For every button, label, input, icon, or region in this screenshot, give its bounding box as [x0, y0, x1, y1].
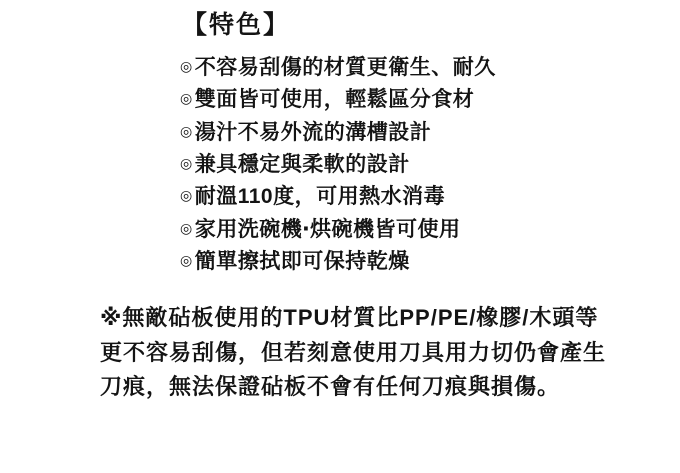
- feature-item-text: 兼具穩定與柔軟的設計: [195, 148, 410, 178]
- double-circle-bullet-icon: ◎: [180, 156, 193, 170]
- feature-item: ◎ 兼具穩定與柔軟的設計: [180, 147, 496, 179]
- feature-item: ◎ 湯汁不易外流的溝槽設計: [180, 115, 496, 147]
- double-circle-bullet-icon: ◎: [180, 124, 193, 138]
- feature-item-text: 家用洗碗機‧烘碗機皆可使用: [195, 213, 461, 243]
- feature-item-text: 簡單擦拭即可保持乾燥: [195, 245, 410, 275]
- feature-item-text: 雙面皆可使用，輕鬆區分食材: [195, 83, 475, 113]
- feature-item-text: 湯汁不易外流的溝槽設計: [195, 116, 432, 146]
- feature-item: ◎ 家用洗碗機‧烘碗機皆可使用: [180, 211, 496, 243]
- double-circle-bullet-icon: ◎: [180, 59, 193, 73]
- double-circle-bullet-icon: ◎: [180, 91, 193, 105]
- disclaimer-note: ※無敵砧板使用的TPU材質比PP/PE/橡膠/木頭等 更不容易刮傷，但若刻意使用…: [100, 301, 606, 405]
- features-heading: 【特色】: [182, 5, 496, 41]
- feature-item: ◎ 耐溫110度，可用熱水消毒: [180, 179, 496, 211]
- double-circle-bullet-icon: ◎: [180, 221, 193, 235]
- disclaimer-note-line: 刀痕，無法保證砧板不會有任何刀痕與損傷。: [100, 370, 606, 405]
- features-section: 【特色】 ◎ 不容易刮傷的材質更衛生、耐久 ◎ 雙面皆可使用，輕鬆區分食材 ◎ …: [180, 5, 496, 276]
- product-description-page: 【特色】 ◎ 不容易刮傷的材質更衛生、耐久 ◎ 雙面皆可使用，輕鬆區分食材 ◎ …: [0, 0, 680, 473]
- disclaimer-note-line: ※無敵砧板使用的TPU材質比PP/PE/橡膠/木頭等: [100, 301, 606, 336]
- feature-item-text: 不容易刮傷的材質更衛生、耐久: [195, 51, 496, 81]
- double-circle-bullet-icon: ◎: [180, 253, 193, 267]
- feature-item-text: 耐溫110度，可用熱水消毒: [195, 180, 445, 210]
- disclaimer-note-line: 更不容易刮傷，但若刻意使用刀具用力切仍會產生: [100, 336, 606, 371]
- double-circle-bullet-icon: ◎: [180, 188, 193, 202]
- features-list: ◎ 不容易刮傷的材質更衛生、耐久 ◎ 雙面皆可使用，輕鬆區分食材 ◎ 湯汁不易外…: [180, 50, 496, 276]
- feature-item: ◎ 不容易刮傷的材質更衛生、耐久: [180, 50, 496, 82]
- feature-item: ◎ 雙面皆可使用，輕鬆區分食材: [180, 82, 496, 114]
- feature-item: ◎ 簡單擦拭即可保持乾燥: [180, 244, 496, 276]
